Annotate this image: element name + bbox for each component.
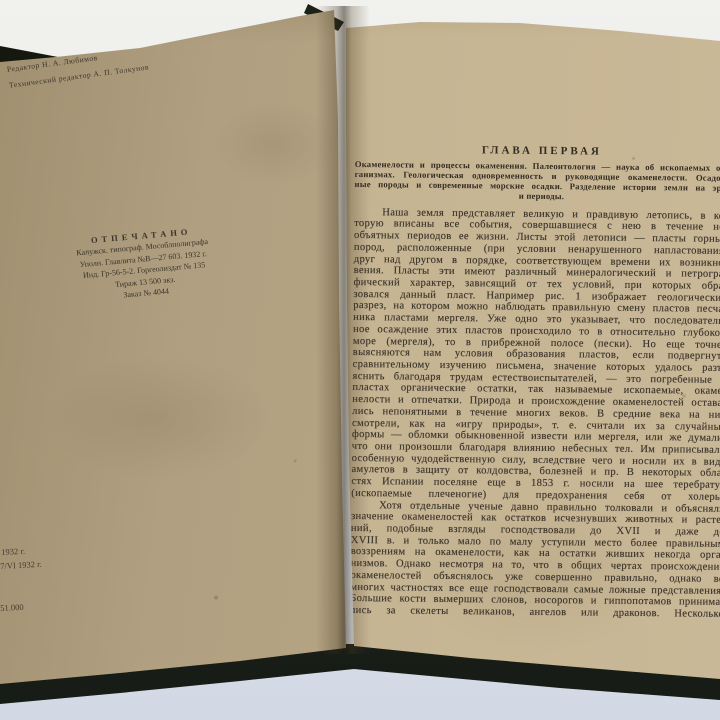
margin-note-year: 1932 г. xyxy=(1,546,25,557)
body-text-line: лись за скелеты великанов, ангелов или д… xyxy=(350,605,720,621)
body-text: Наша земля представляет великую и правди… xyxy=(350,207,720,621)
chapter-abstract: Окаменелости и процессы окаменения. Пале… xyxy=(354,160,720,204)
text-column: ГЛАВА ПЕРВАЯ Окаменелости и процессы ока… xyxy=(350,143,720,621)
imprint-block: ОТПЕЧАТАНО Калужск. типограф. Мособлполи… xyxy=(46,221,241,307)
margin-note-number: 51.000 xyxy=(0,602,24,613)
book-photo: Редактор Н. А. ЛюбимовТехнический редакт… xyxy=(0,0,720,720)
margin-note-date: 7/VI 1932 г. xyxy=(0,559,42,571)
chapter-heading: ГЛАВА ПЕРВАЯ xyxy=(355,143,720,159)
